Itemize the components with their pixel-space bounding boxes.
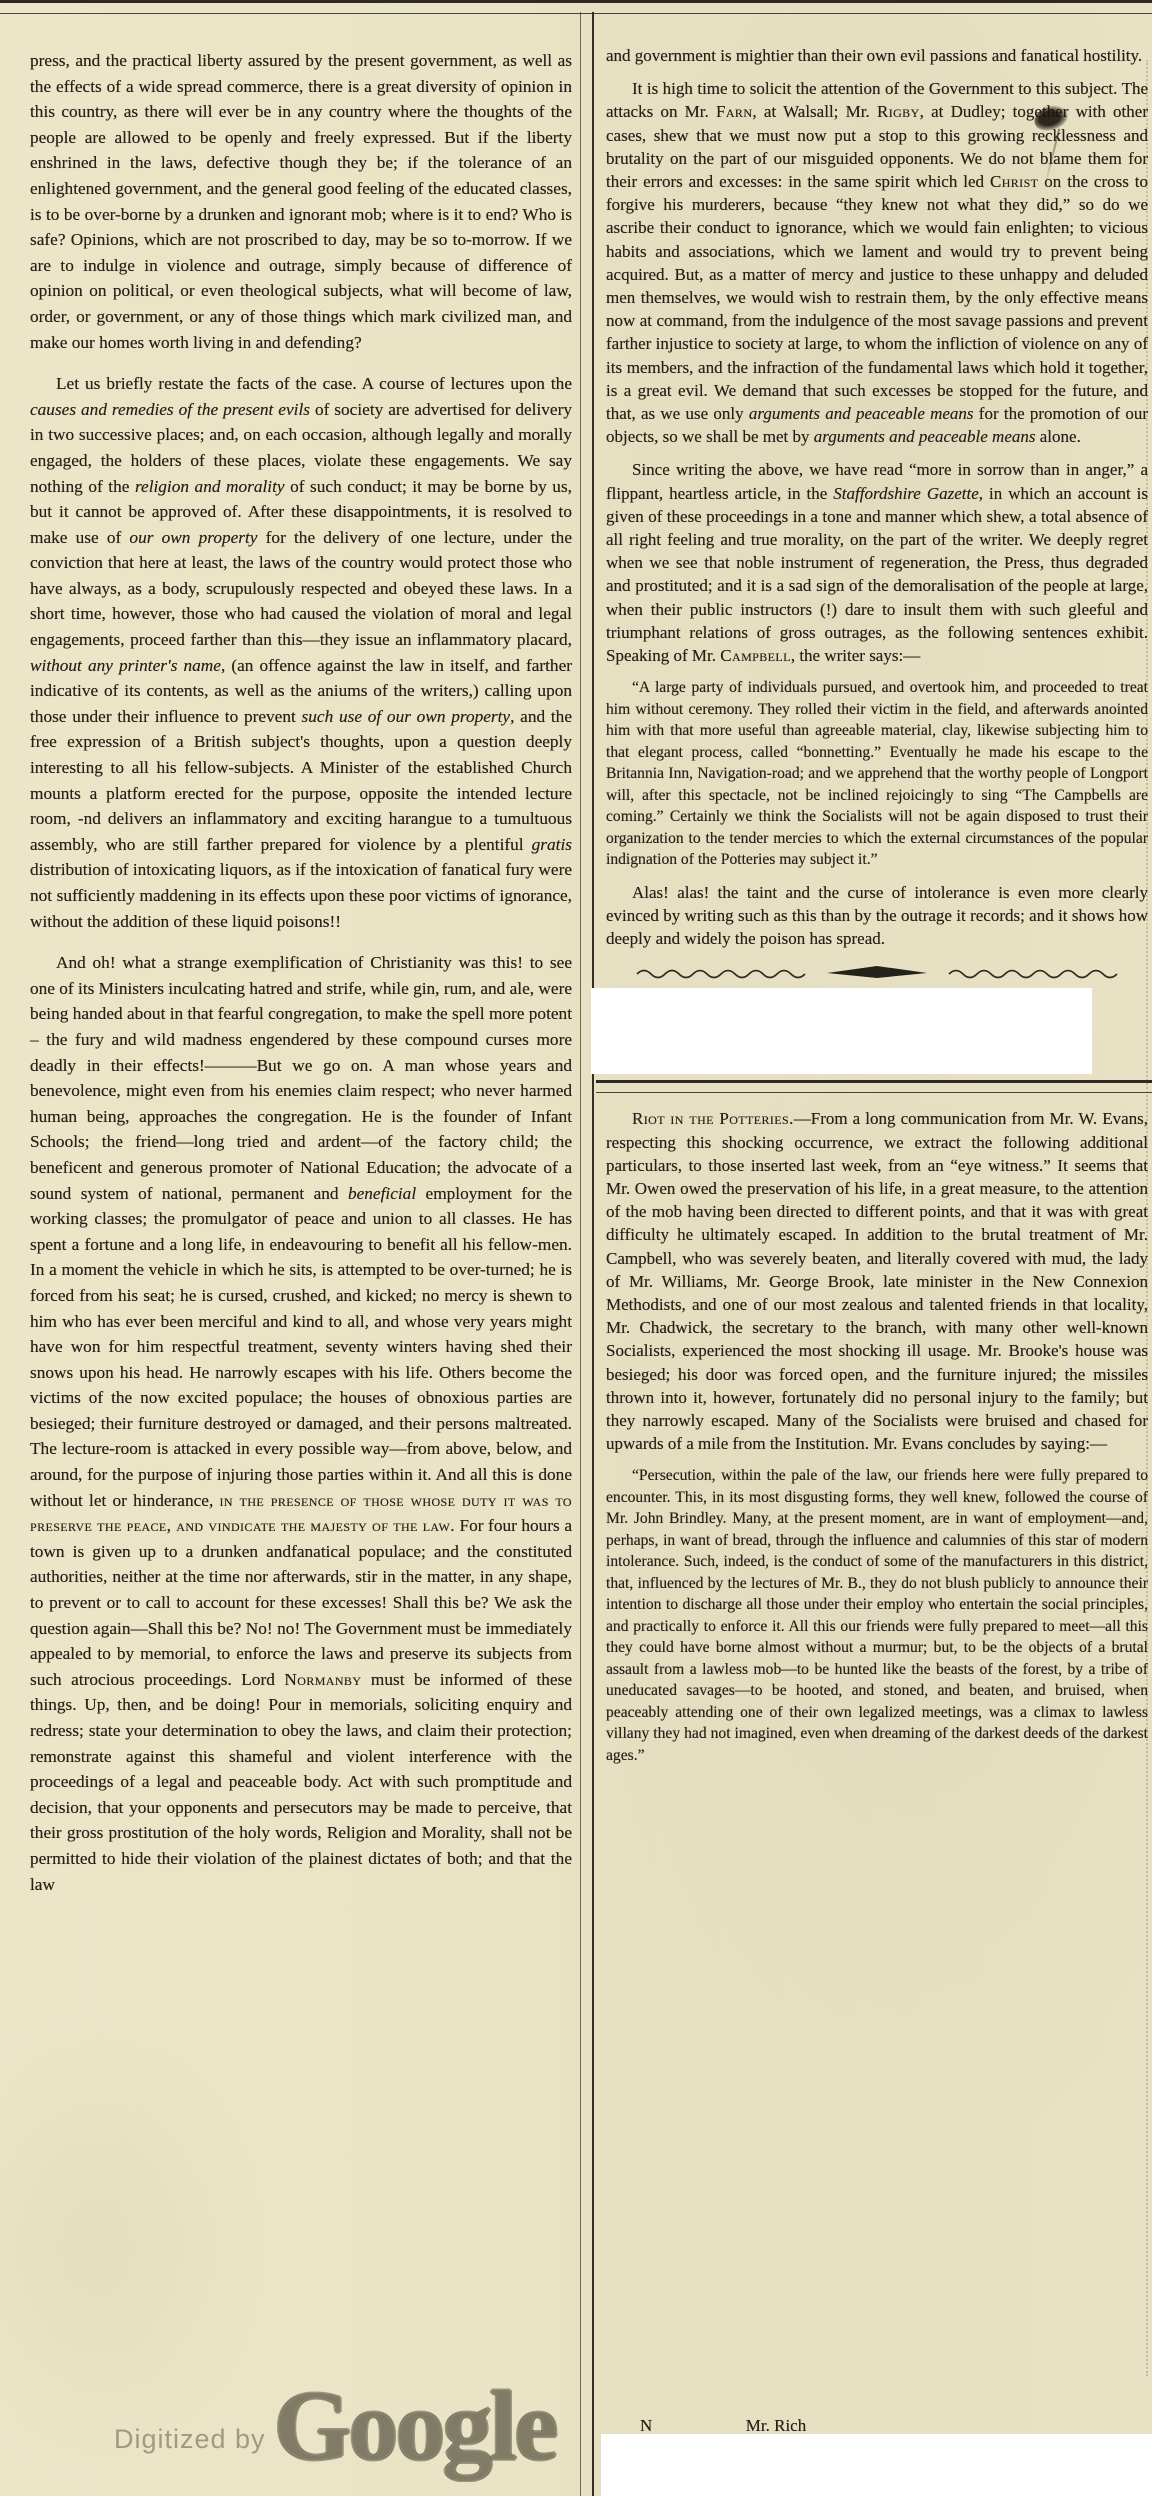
cutoff-line: N Mr. Rich bbox=[640, 2416, 1140, 2436]
italic-run: without any printer's name bbox=[30, 656, 221, 675]
paragraph: press, and the practical liberty assured… bbox=[30, 48, 572, 355]
italic-run: religion and morality bbox=[135, 477, 285, 496]
google-watermark: Digitized by Google bbox=[114, 2378, 556, 2473]
italic-run: gratis bbox=[532, 835, 572, 854]
paragraph: Alas! alas! the taint and the curse of i… bbox=[606, 881, 1148, 951]
italic-run: beneficial bbox=[348, 1184, 416, 1203]
paragraph: “Persecution, within the pale of the law… bbox=[606, 1465, 1148, 1766]
column-divider-rule-thick bbox=[592, 12, 594, 2496]
page-top-double-rule bbox=[0, 0, 1152, 14]
small-caps-run: Rigby bbox=[877, 102, 920, 121]
left-column: press, and the practical liberty assured… bbox=[30, 48, 572, 1913]
digitized-by-text: Digitized by bbox=[114, 2424, 266, 2455]
italic-run: Staffordshire Gazette bbox=[833, 484, 978, 503]
small-caps-run: in the presence of those whose duty it w… bbox=[30, 1491, 572, 1536]
italic-run: arguments and peaceable means bbox=[814, 427, 1036, 446]
italic-run: our own property bbox=[129, 528, 257, 547]
scanned-newspaper-page: press, and the practical liberty assured… bbox=[0, 0, 1152, 2496]
paragraph: Let us briefly restate the facts of the … bbox=[30, 371, 572, 934]
blank-patch bbox=[591, 988, 1092, 1074]
paragraph: It is high time to solicit the attention… bbox=[606, 77, 1148, 448]
paragraph: Riot in the Potteries.—From a long commu… bbox=[606, 1107, 1148, 1455]
small-caps-run: Christ bbox=[990, 172, 1038, 191]
google-logo-text: Google bbox=[274, 2378, 556, 2473]
paragraph: and government is mightier than their ow… bbox=[606, 44, 1148, 67]
small-caps-run: Campbell bbox=[720, 646, 791, 665]
small-caps-run: Normanby bbox=[284, 1670, 361, 1689]
paragraph: Since writing the above, we have read “m… bbox=[606, 458, 1148, 667]
paragraph: And oh! what a strange exemplification o… bbox=[30, 950, 572, 1897]
small-caps-run: Farn bbox=[716, 102, 752, 121]
paragraph: “A large party of individuals pursued, a… bbox=[606, 677, 1148, 871]
right-column: and government is mightier than their ow… bbox=[606, 44, 1148, 1776]
article-separator-double-rule bbox=[596, 1080, 1152, 1093]
second-article: Riot in the Potteries.—From a long commu… bbox=[606, 1107, 1148, 1766]
italic-run: arguments and peaceable means bbox=[749, 404, 974, 423]
italic-run: such use of our own property bbox=[302, 707, 511, 726]
section-divider-ornament-icon bbox=[606, 960, 1148, 984]
article-one-continuation: and government is mightier than their ow… bbox=[606, 44, 1148, 950]
small-caps-run: Riot in the Potteries. bbox=[632, 1109, 794, 1128]
blank-patch bbox=[601, 2434, 1152, 2496]
column-divider-rule-thin bbox=[580, 12, 581, 2496]
italic-run: causes and remedies of the present evils bbox=[30, 400, 310, 419]
